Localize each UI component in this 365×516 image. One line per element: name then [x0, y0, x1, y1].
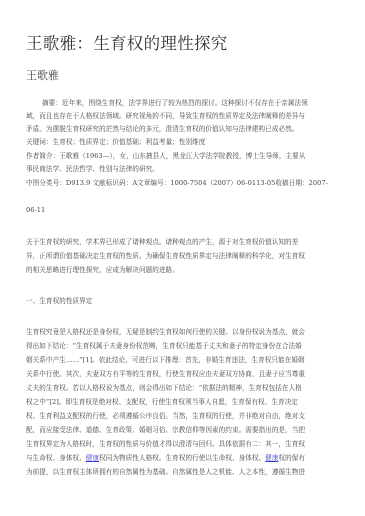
section-heading: 一、生育权的性质界定	[26, 297, 92, 306]
document-page: 王歌雅：生育权的理性探究 王歌雅 摘要：近年来，围绕生育权，法学界进行了较为热烈…	[0, 0, 365, 516]
author-name: 王歌雅	[26, 67, 59, 83]
text-segment: 权的保有	[278, 454, 305, 462]
body-line: 得出如下结论：“生育权属于夫妻身份权范畴，生育权只能基于丈夫和妻子的特定身份在合…	[26, 342, 302, 351]
body-line: 丈夫的生育权。若以人格权说为基点，则会得出如下结论：“依据法的精神，生育权包括在…	[26, 384, 302, 393]
page-title: 王歌雅：生育权的理性探究	[26, 30, 228, 54]
abstract-line: 摘要：近年来，围绕生育权，法学界进行了较为热烈的探讨。这种探讨不仅存在于亲属法领	[42, 99, 308, 108]
text-segment: 与生命权、身体权、	[26, 454, 86, 462]
abstract-line: 矛盾。为摆脱生育权研究的茫然与结论的多元，澄清生育权的价值认知与法律建构已成必然…	[26, 125, 298, 134]
keywords: 关键词：生育权；性质界定；价值基础；利益考量；性别维度	[26, 138, 205, 147]
body-line: 关系中行使。其次，夫妻双方有平等的生育权，行使生育权应由夫妻双方协商，且妻子应当…	[26, 370, 305, 379]
intro-line: 的相关思略进行理性探究，应成为解决问题的进路。	[26, 266, 179, 275]
health-link[interactable]: 健康	[86, 454, 99, 462]
author-bio-line: 作者简介：王歌雅（1963—），女，山东掖县人，黑龙江大学法学院教授，博士生导师…	[26, 152, 305, 161]
author-bio-line: 事民商法学、民法哲学、性别与法律的研究。	[26, 165, 159, 174]
body-line: 权之中”[2]。即生育权是绝对权、支配权，行使生育权须当事人自愿，生育保有权、生…	[26, 398, 298, 407]
classification-line: 中图分类号：D913.9 文献标识码：A文章编号：1000-7504（2007）…	[26, 179, 328, 188]
text-segment: 权同为物质性人格权。生育权的行使以生命权、身体权、	[99, 454, 265, 462]
body-line: 姻关系中产生……”[1]。依此结论，可进行以下推理：首先，非婚生育违法，生育权只…	[26, 356, 305, 365]
classification-line: 06-11	[26, 206, 45, 215]
body-line: 配，而应接受法律、道德、生育政策、婚姻习俗、宗教信仰等因素的约束。需要指出的是，…	[26, 426, 305, 435]
body-line: 生育权界定为人格权时，生育权的性质与价值才得以澄清与回归。具体依据有二：其一，生…	[26, 440, 305, 449]
body-line: 权、生育利益支配权的行使，必须遵循公序良俗。当然，生育权的行使，并非绝对自由，绝…	[26, 412, 305, 421]
body-line-with-links: 与生命权、身体权、健康权同为物质性人格权。生育权的行使以生命权、身体权、健康权的…	[26, 454, 305, 463]
health-link-2[interactable]: 健康	[265, 454, 278, 462]
intro-line: 关于生育权的研究，学术界已形成了诸种观点。诸种观点的产生，源于对生育权价值认知的…	[26, 238, 298, 247]
body-line: 生育权究竟是人格权还是身份权，无疑是制约生育权如何行使的关键。以身份权说为基点，…	[26, 328, 305, 337]
abstract-line: 域，而且也存在于人格权法领域。研究视角的不同，导致生育权的性质界定及法律阐释的差…	[26, 112, 305, 121]
body-line: 为前提，以生育权主体所拥有的自然属性为基础。自然属性是人之机能、人之本性，遵循生…	[26, 468, 305, 477]
intro-line: 异，正所谓价值基础决定生育权的性质。为确保生育权性质界定与法律阐释的科学化，对生…	[26, 252, 305, 261]
